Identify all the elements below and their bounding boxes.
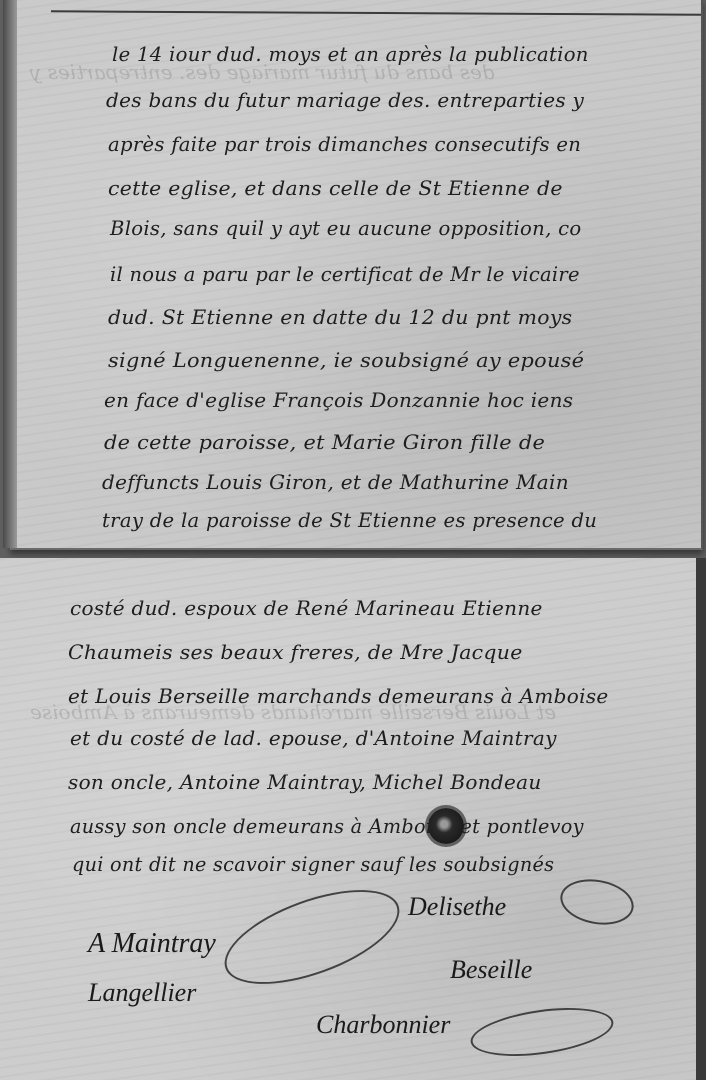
signature: Delisethe (408, 892, 506, 922)
manuscript-line: Chaumeis ses beaux freres, de Mre Jacque (68, 640, 523, 664)
manuscript-line: après faite par trois dimanches consecut… (108, 132, 581, 156)
manuscript-line: il nous a paru par le certificat de Mr l… (110, 262, 580, 286)
ruled-margin-line (51, 10, 701, 15)
manuscript-line: costé dud. espoux de René Marineau Etien… (70, 596, 543, 620)
manuscript-line: le 14 iour dud. moys et an après la publ… (112, 42, 589, 66)
wax-seal-mark (428, 808, 464, 844)
manuscript-line: tray de la paroisse de St Etienne es pre… (102, 508, 597, 532)
manuscript-line: dud. St Etienne en datte du 12 du pnt mo… (108, 305, 572, 329)
manuscript-line: des bans du futur mariage des. entrepart… (106, 88, 584, 112)
signature: Beseille (450, 955, 532, 985)
manuscript-line: Blois, sans quil y ayt eu aucune opposit… (110, 216, 581, 240)
manuscript-line: de cette paroisse, et Marie Giron fille … (104, 430, 545, 454)
signature: Charbonnier (316, 1010, 450, 1040)
manuscript-line: qui ont dit ne scavoir signer sauf les s… (72, 852, 554, 876)
manuscript-line: aussy son oncle demeurans à Amboise et p… (70, 814, 584, 838)
manuscript-line: son oncle, Antoine Maintray, Michel Bond… (68, 770, 542, 794)
manuscript-line: cette eglise, et dans celle de St Etienn… (108, 176, 563, 200)
signature: Langellier (88, 978, 196, 1008)
manuscript-line: en face d'eglise François Donzannie hoc … (104, 388, 573, 412)
manuscript-line: et Louis Berseille marchands demeurans à… (68, 684, 609, 708)
manuscript-line: deffuncts Louis Giron, et de Mathurine M… (102, 470, 569, 494)
manuscript-line: et du costé de lad. epouse, d'Antoine Ma… (70, 726, 557, 750)
manuscript-line: signé Longuenenne, ie soubsigné ay epous… (108, 348, 584, 372)
signature: A Maintray (88, 928, 216, 960)
